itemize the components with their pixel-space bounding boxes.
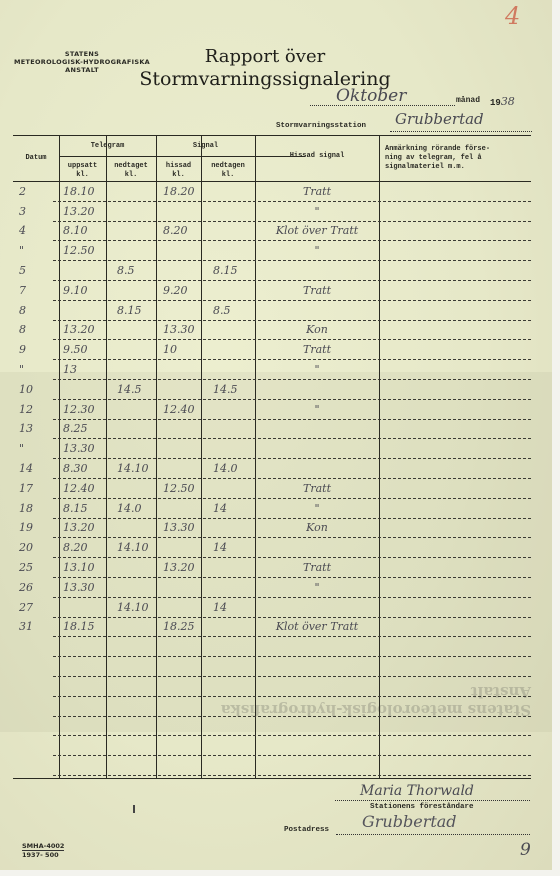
header-hissad: hissadkl. <box>156 162 201 180</box>
cell-datum: 27 <box>19 601 33 614</box>
cell-signal: Klot över Tratt <box>255 224 379 237</box>
cell-datum: 20 <box>19 541 33 554</box>
row-rule <box>53 379 531 380</box>
signature-dotted-line <box>335 800 530 801</box>
cell-signal: " <box>255 581 379 594</box>
document-title: Rapport över Stormvarningssignalering <box>130 46 400 90</box>
cell-datum: " <box>19 244 24 257</box>
cell-nedtagen: 14 <box>213 541 227 554</box>
cell-datum: 7 <box>19 284 26 297</box>
page-number-bottom: 9 <box>520 840 531 860</box>
cell-signal: Kon <box>255 521 379 534</box>
cell-uppsatt: 13.20 <box>63 205 95 218</box>
cell-hissad: 13.20 <box>163 561 195 574</box>
cell-hissad: 12.40 <box>163 403 195 416</box>
header-datum: Datum <box>13 154 59 163</box>
cell-uppsatt: 13.30 <box>63 442 95 455</box>
col-divider <box>156 135 157 779</box>
cell-nedtaget: 14.10 <box>117 601 149 614</box>
cell-nedtagen: 14.0 <box>213 462 238 475</box>
station-field: Stormvarningsstation Grubbertad <box>270 112 540 134</box>
cell-hissad: 13.30 <box>163 323 195 336</box>
cell-signal: Klot över Tratt <box>255 620 379 633</box>
row-rule <box>53 320 531 321</box>
cell-nedtagen: 8.5 <box>213 304 231 317</box>
cell-uppsatt: 13 <box>63 363 77 376</box>
cell-uppsatt: 12.40 <box>63 482 95 495</box>
cell-signal: " <box>255 403 379 416</box>
row-rule <box>53 557 531 558</box>
cell-signal: Tratt <box>255 482 379 495</box>
row-rule <box>53 518 531 519</box>
cell-nedtaget: 14.5 <box>117 383 142 396</box>
cell-signal: Tratt <box>255 561 379 574</box>
cell-signal: Kon <box>255 323 379 336</box>
header-anm-l3: signalmateriel m.m. <box>385 163 531 172</box>
month-label: månad <box>456 96 480 105</box>
station-value: Grubbertad <box>395 110 484 128</box>
cell-datum: 25 <box>19 561 33 574</box>
header-nedtaget-l1: nedtaget <box>106 162 156 171</box>
station-dotted-line <box>390 131 532 132</box>
year-prefix: 19 <box>490 98 501 108</box>
cell-signal: " <box>255 244 379 257</box>
row-rule <box>53 597 531 598</box>
month-field: Oktober månad 1938 <box>300 86 550 112</box>
row-rule <box>53 696 531 697</box>
cell-datum: " <box>19 363 24 376</box>
row-rule <box>53 300 531 301</box>
cell-datum: 12 <box>19 403 33 416</box>
table-top-border <box>13 135 531 136</box>
form-code: SMHA-4002 1937- 500 <box>22 842 64 859</box>
cell-nedtaget: 14.0 <box>117 502 142 515</box>
header-hissad-signal: Hissad signal <box>255 152 379 161</box>
table-bottom-border <box>13 778 531 779</box>
cell-hissad: 18.25 <box>163 620 195 633</box>
postal-label: Postadress <box>284 826 329 834</box>
row-rule <box>53 478 531 479</box>
header-telegram: Telegram <box>59 142 156 151</box>
header-nedtagen-l1: nedtagen <box>201 162 255 171</box>
year-field: 1938 <box>490 95 515 108</box>
cell-signal: " <box>255 502 379 515</box>
header-nedtaget-l2: kl. <box>106 171 156 180</box>
postal-value: Grubbertad <box>362 812 457 831</box>
header-uppsatt-l1: uppsatt <box>59 162 106 171</box>
cell-signal: Tratt <box>255 185 379 198</box>
cell-datum: 9 <box>19 343 26 356</box>
signature-label: Stationens föreståndare <box>370 803 474 811</box>
cell-uppsatt: 12.50 <box>63 244 95 257</box>
signal-log-table: Statens meteorologisk-hydrografiska Anst… <box>13 135 531 779</box>
row-rule <box>53 676 531 677</box>
row-rule <box>53 458 531 459</box>
signature: Maria Thorwald <box>360 783 474 799</box>
col-divider <box>59 135 60 779</box>
header-hissad-l2: kl. <box>156 171 201 180</box>
cell-nedtagen: 14 <box>213 601 227 614</box>
cell-uppsatt: 18.10 <box>63 185 95 198</box>
row-rule <box>53 617 531 618</box>
cell-datum: 17 <box>19 482 33 495</box>
cell-datum: " <box>19 442 24 455</box>
row-rule <box>53 339 531 340</box>
row-rule <box>53 260 531 261</box>
cell-signal: Tratt <box>255 343 379 356</box>
postal-dotted-line <box>336 834 530 835</box>
cell-hissad: 10 <box>163 343 177 356</box>
cell-nedtagen: 14 <box>213 502 227 515</box>
row-rule <box>53 537 531 538</box>
cell-datum: 14 <box>19 462 33 475</box>
cell-datum: 5 <box>19 264 26 277</box>
cell-nedtagen: 14.5 <box>213 383 238 396</box>
cell-uppsatt: 9.50 <box>63 343 88 356</box>
form-code-line-2: 1937- 500 <box>22 851 64 859</box>
station-label: Stormvarningsstation <box>276 122 366 130</box>
cell-nedtagen: 8.15 <box>213 264 238 277</box>
cell-datum: 19 <box>19 521 33 534</box>
cell-datum: 31 <box>19 620 33 633</box>
header-nedtagen-l2: kl. <box>201 171 255 180</box>
year-suffix: 38 <box>501 95 515 108</box>
mark <box>133 805 135 813</box>
page-number-top: 4 <box>505 2 520 30</box>
cell-datum: 8 <box>19 323 26 336</box>
header-anmarkning: Anmärkning rörande förse- ning av telegr… <box>385 145 531 172</box>
row-rule <box>53 399 531 400</box>
cell-uppsatt: 18.15 <box>63 620 95 633</box>
title-line-1: Rapport över <box>130 46 400 68</box>
cell-datum: 26 <box>19 581 33 594</box>
month-value: Oktober <box>336 86 406 106</box>
cell-datum: 2 <box>19 185 26 198</box>
cell-signal: " <box>255 363 379 376</box>
header-anm-l1: Anmärkning rörande förse- <box>385 145 531 154</box>
row-rule <box>53 240 531 241</box>
col-divider <box>379 135 380 779</box>
cell-datum: 4 <box>19 224 26 237</box>
cell-signal: Tratt <box>255 284 379 297</box>
row-rule <box>53 636 531 637</box>
header-signal: Signal <box>156 142 255 151</box>
col-divider <box>106 135 107 779</box>
row-rule <box>53 359 531 360</box>
cell-nedtaget: 14.10 <box>117 541 149 554</box>
cell-uppsatt: 8.15 <box>63 502 88 515</box>
row-rule <box>53 716 531 717</box>
cell-nedtaget: 8.15 <box>117 304 142 317</box>
form-code-line-1: SMHA-4002 <box>22 842 64 851</box>
cell-uppsatt: 12.30 <box>63 403 95 416</box>
cell-uppsatt: 13.10 <box>63 561 95 574</box>
cell-hissad: 12.50 <box>163 482 195 495</box>
header-nedtaget: nedtagetkl. <box>106 162 156 180</box>
cell-uppsatt: 13.30 <box>63 581 95 594</box>
row-rule <box>53 656 531 657</box>
row-rule <box>53 419 531 420</box>
row-rule <box>53 201 531 202</box>
cell-datum: 13 <box>19 422 33 435</box>
row-rule <box>53 498 531 499</box>
header-uppsatt-l2: kl. <box>59 171 106 180</box>
header-nedtagen: nedtagenkl. <box>201 162 255 180</box>
header-hissad-l1: hissad <box>156 162 201 171</box>
cell-uppsatt: 8.20 <box>63 541 88 554</box>
cell-nedtaget: 8.5 <box>117 264 135 277</box>
cell-uppsatt: 8.25 <box>63 422 88 435</box>
row-rule <box>53 438 531 439</box>
cell-datum: 8 <box>19 304 26 317</box>
header-bottom-border <box>13 181 531 182</box>
cell-hissad: 18.20 <box>163 185 195 198</box>
document-page: STATENS METEOROLOGISK-HYDROGRAFISKA ANST… <box>0 0 552 870</box>
cell-datum: 18 <box>19 502 33 515</box>
cell-datum: 3 <box>19 205 26 218</box>
col-divider <box>201 135 202 779</box>
cell-uppsatt: 8.10 <box>63 224 88 237</box>
cell-uppsatt: 13.20 <box>63 521 95 534</box>
cell-uppsatt: 8.30 <box>63 462 88 475</box>
cell-hissad: 9.20 <box>163 284 188 297</box>
row-rule <box>53 775 531 776</box>
cell-hissad: 13.30 <box>163 521 195 534</box>
cell-signal: " <box>255 205 379 218</box>
row-rule <box>53 577 531 578</box>
cell-datum: 10 <box>19 383 33 396</box>
row-rule <box>53 280 531 281</box>
cell-nedtaget: 14.10 <box>117 462 149 475</box>
row-rule <box>53 755 531 756</box>
cell-uppsatt: 9.10 <box>63 284 88 297</box>
header-uppsatt: uppsattkl. <box>59 162 106 180</box>
cell-uppsatt: 13.20 <box>63 323 95 336</box>
bleed-through-stamp: Statens meteorologisk-hydrografiska Anst… <box>163 683 531 719</box>
row-rule <box>53 221 531 222</box>
row-rule <box>53 735 531 736</box>
cell-hissad: 8.20 <box>163 224 188 237</box>
header-anm-l2: ning av telegram, fel å <box>385 154 531 163</box>
